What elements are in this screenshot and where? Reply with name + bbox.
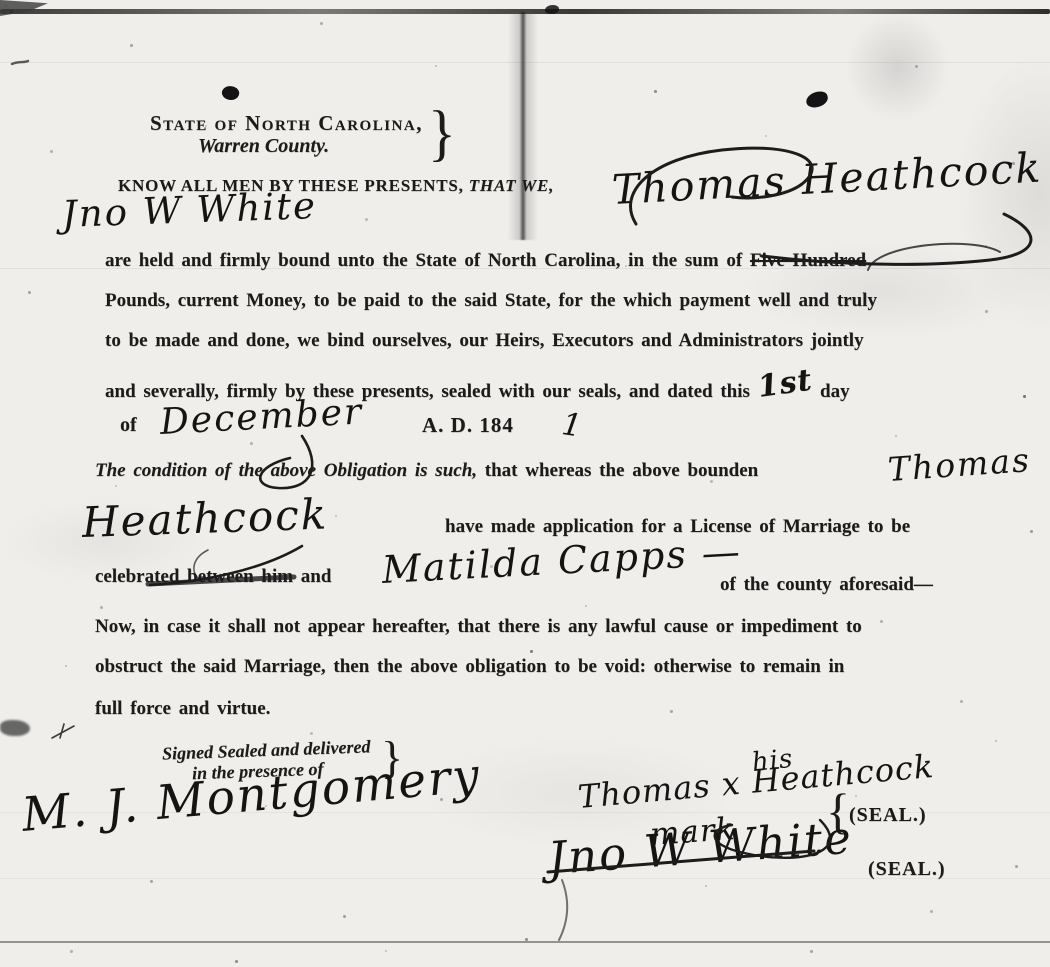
seal-bottom-label: (SEAL.): [868, 858, 946, 881]
obstruct-clause-line: obstruct the said Marriage, then the abo…: [95, 656, 844, 678]
county-aforesaid-line: of the county aforesaid—: [720, 574, 933, 596]
now-clause-line: Now, in case it shall not appear hereaft…: [95, 616, 862, 638]
groom-first-name-handwritten: Thomas: [887, 440, 1032, 489]
scan-line: [0, 62, 1050, 63]
ink-blot: [220, 84, 241, 103]
opening-emphasis: THAT WE,: [469, 176, 554, 195]
body-line-4-end: day: [812, 381, 849, 402]
condition-italic: The condition of the above Obligation is…: [95, 460, 477, 481]
body-line-3: to be made and done, we bind ourselves, …: [105, 330, 864, 352]
groom-last-name-handwritten: Heathcock: [81, 489, 329, 547]
header-brace: }: [428, 102, 456, 165]
date-line-ad: A. D. 184: [422, 413, 514, 438]
surety-signature-top: Jno W White: [61, 184, 317, 236]
bottom-edge-line: [0, 941, 1050, 943]
seal-top-label: (SEAL.): [849, 804, 927, 827]
struck-amount: Five Hundred: [750, 250, 866, 271]
ink-blot: [805, 90, 830, 109]
day-number-handwritten: 1st: [755, 363, 814, 405]
body-line-1-text: are held and firmly bound unto the State…: [105, 250, 750, 271]
paper-speckles: [5, 5, 7, 7]
year-digit-handwritten: 1: [559, 406, 585, 445]
center-crease: [508, 12, 538, 240]
body-line-1: are held and firmly bound unto the State…: [105, 250, 866, 272]
condition-rest: that whereas the above bounden: [477, 460, 758, 481]
document-paper: State of North Carolina, Warren County. …: [0, 0, 1050, 967]
body-line-2: Pounds, current Money, to be paid to the…: [105, 290, 877, 312]
margin-scribble: [52, 724, 74, 738]
date-line-of: of: [120, 414, 137, 437]
header-county-line: Warren County.: [198, 135, 329, 158]
condition-line: The condition of the above Obligation is…: [95, 460, 758, 482]
full-force-line: full force and virtue.: [95, 698, 270, 720]
paper-speckles: [10, 10, 13, 13]
bride-name-handwritten: Matilda Capps —: [381, 529, 743, 592]
principal-signature-top: Thomas Heathcock: [611, 143, 1044, 213]
topright-wash: [845, 12, 950, 122]
header-state-line: State of North Carolina,: [150, 111, 423, 136]
heathcock-tail-loop: [868, 244, 1000, 270]
j-descender: [559, 880, 567, 940]
celebrated-line: celebrated between him and: [95, 566, 331, 588]
left-smudge: [0, 720, 30, 736]
surety-signature-bottom: Jno W White: [546, 811, 854, 885]
